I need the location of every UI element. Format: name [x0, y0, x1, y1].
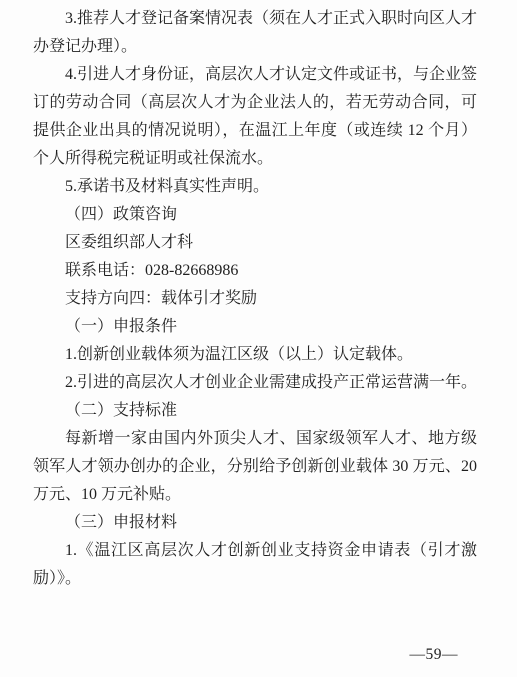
paragraph-material-1-application-form: 1.《温江区高层次人才创新创业支持资金申请表（引才激励）》。	[33, 537, 477, 593]
heading-section-4-policy-consultation: （四）政策咨询	[33, 201, 477, 229]
paragraph-contact-department: 区委组织部人才科	[33, 229, 477, 257]
paragraph-item-5-commitment-letter: 5.承诺书及材料真实性声明。	[33, 173, 477, 201]
page-number: —59—	[410, 646, 459, 664]
paragraph-item-4-id-and-contract: 4.引进人才身份证，高层次人才认定文件或证书，与企业签订的劳动合同（高层次人才为…	[33, 61, 477, 173]
heading-section-1-application-conditions: （一）申报条件	[33, 313, 477, 341]
paragraph-condition-1: 1.创新创业载体须为温江区级（以上）认定载体。	[33, 341, 477, 369]
paragraph-support-standard-detail: 每新增一家由国内外顶尖人才、国家级领军人才、地方级领军人才领办创办的企业，分别给…	[33, 425, 477, 509]
document-page: 3.推荐人才登记备案情况表（须在人才正式入职时向区人才办登记办理）。 4.引进人…	[0, 0, 517, 677]
heading-section-2-support-standard: （二）支持标准	[33, 397, 477, 425]
document-body: 3.推荐人才登记备案情况表（须在人才正式入职时向区人才办登记办理）。 4.引进人…	[33, 5, 477, 593]
heading-section-3-application-materials: （三）申报材料	[33, 509, 477, 537]
paragraph-condition-2: 2.引进的高层次人才创业企业需建成投产正常运营满一年。	[33, 369, 477, 397]
paragraph-item-3-recommendation-form: 3.推荐人才登记备案情况表（须在人才正式入职时向区人才办登记办理）。	[33, 5, 477, 61]
paragraph-contact-phone: 联系电话：028-82668986	[33, 257, 477, 285]
heading-support-direction-4: 支持方向四：载体引才奖励	[33, 285, 477, 313]
